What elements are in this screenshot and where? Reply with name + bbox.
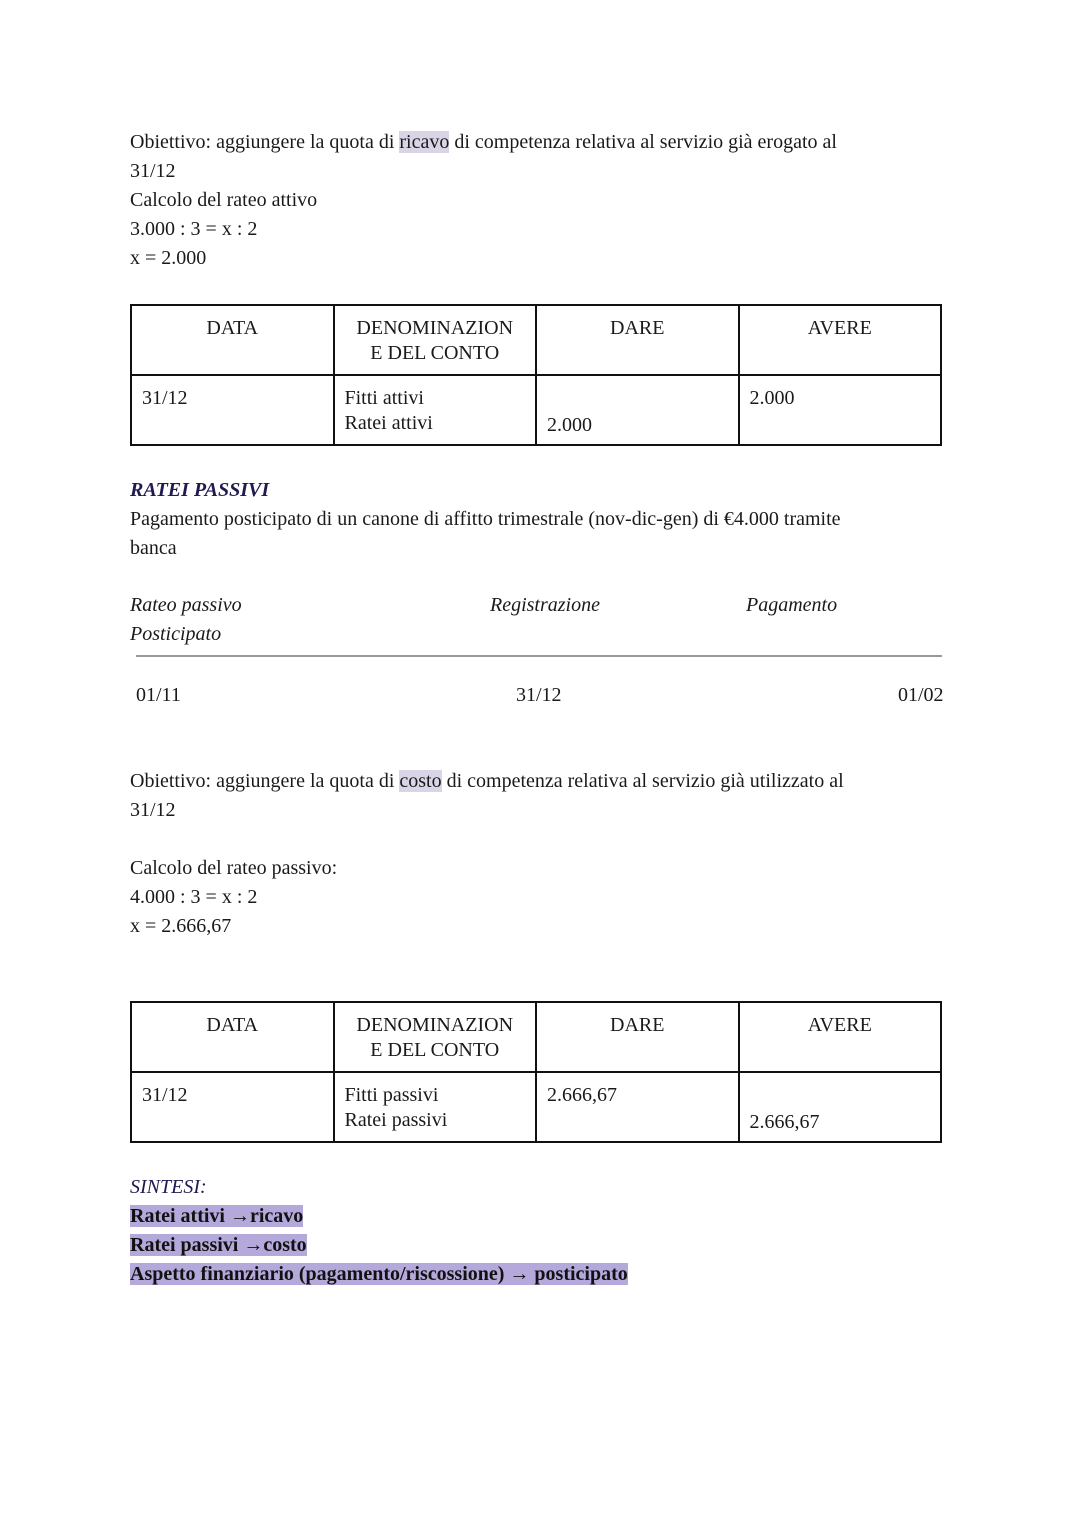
header-avere: AVERE [739, 1002, 942, 1072]
header-dare: DARE [536, 1002, 739, 1072]
timeline-date-end: 01/02 [898, 681, 944, 710]
table-header-row: DATA DENOMINAZION E DEL CONTO DARE AVERE [131, 1002, 941, 1072]
timeline-dates: 01/11 31/12 01/02 [130, 681, 942, 711]
document-page: Obiettivo: aggiungere la quota di ricavo… [130, 128, 942, 1289]
header-denominazione: DENOMINAZION E DEL CONTO [334, 1002, 537, 1072]
cell-avere: 2.000 [739, 375, 942, 445]
header-dare: DARE [536, 305, 739, 375]
summary-item-ratei-attivi: Ratei attivi →ricavo [130, 1205, 303, 1227]
objective-suffix: di competenza relativa al servizio già u… [442, 770, 844, 792]
table-row: 31/12 Fitti attivi Ratei attivi 2.000 2.… [131, 375, 941, 445]
cell-data: 31/12 [131, 375, 334, 445]
timeline [130, 651, 942, 681]
objective-ratei-passivi: Obiettivo: aggiungere la quota di costo … [130, 767, 942, 825]
table-header-row: DATA DENOMINAZION E DEL CONTO DARE AVERE [131, 305, 941, 375]
header-avere: AVERE [739, 305, 942, 375]
cell-conto: Fitti attivi Ratei attivi [334, 375, 537, 445]
table-row: 31/12 Fitti passivi Ratei passivi 2.666,… [131, 1072, 941, 1142]
timeline-label-registrazione: Registrazione [490, 591, 600, 620]
objective-suffix: di competenza relativa al servizio già e… [449, 131, 837, 153]
timeline-label-posticipato: Posticipato [130, 620, 221, 649]
objective-prefix: Obiettivo: aggiungere la quota di [130, 770, 399, 792]
cell-avere: 2.666,67 [739, 1072, 942, 1142]
timeline-date-mid: 31/12 [516, 681, 562, 710]
cell-data: 31/12 [131, 1072, 334, 1142]
header-data: DATA [131, 1002, 334, 1072]
calc-proportion: 3.000 : 3 = x : 2 [130, 215, 942, 244]
summary: SINTESI: Ratei attivi →ricavo Ratei pass… [130, 1173, 942, 1289]
objective-date: 31/12 [130, 157, 942, 186]
summary-item-aspetto-finanziario: Aspetto finanziario (pagamento/riscossio… [130, 1263, 628, 1285]
calc-title: Calcolo del rateo attivo [130, 186, 942, 215]
timeline-labels: Rateo passivo Posticipato Registrazione … [130, 591, 942, 651]
objective-prefix: Obiettivo: aggiungere la quota di [130, 131, 399, 153]
summary-item-ratei-passivi: Ratei passivi →costo [130, 1234, 307, 1256]
highlight-costo: costo [399, 770, 441, 792]
objective-ratei-attivi: Obiettivo: aggiungere la quota di ricavo… [130, 128, 942, 273]
section-ratei-passivi: RATEI PASSIVI Pagamento posticipato di u… [130, 476, 942, 941]
timeline-label-pagamento: Pagamento [746, 591, 837, 620]
timeline-label-rateo: Rateo passivo [130, 591, 242, 620]
header-denominazione: DENOMINAZION E DEL CONTO [334, 305, 537, 375]
description-line2: banca [130, 534, 942, 563]
calc-result: x = 2.666,67 [130, 912, 942, 941]
objective-date: 31/12 [130, 796, 942, 825]
calc-result: x = 2.000 [130, 244, 942, 273]
calc-passivo: Calcolo del rateo passivo: 4.000 : 3 = x… [130, 854, 942, 941]
timeline-line [136, 655, 942, 657]
timeline-date-start: 01/11 [136, 681, 181, 710]
summary-title: SINTESI [130, 1176, 200, 1198]
journal-table-ratei-passivi: DATA DENOMINAZION E DEL CONTO DARE AVERE… [130, 1001, 942, 1143]
cell-dare: 2.666,67 [536, 1072, 739, 1142]
description-line1: Pagamento posticipato di un canone di af… [130, 505, 942, 534]
highlight-ricavo: ricavo [399, 131, 449, 153]
section-heading: RATEI PASSIVI [130, 476, 942, 505]
header-data: DATA [131, 305, 334, 375]
journal-table-ratei-attivi: DATA DENOMINAZION E DEL CONTO DARE AVERE… [130, 304, 942, 446]
calc-proportion: 4.000 : 3 = x : 2 [130, 883, 942, 912]
cell-dare: 2.000 [536, 375, 739, 445]
calc-title: Calcolo del rateo passivo: [130, 854, 942, 883]
cell-conto: Fitti passivi Ratei passivi [334, 1072, 537, 1142]
